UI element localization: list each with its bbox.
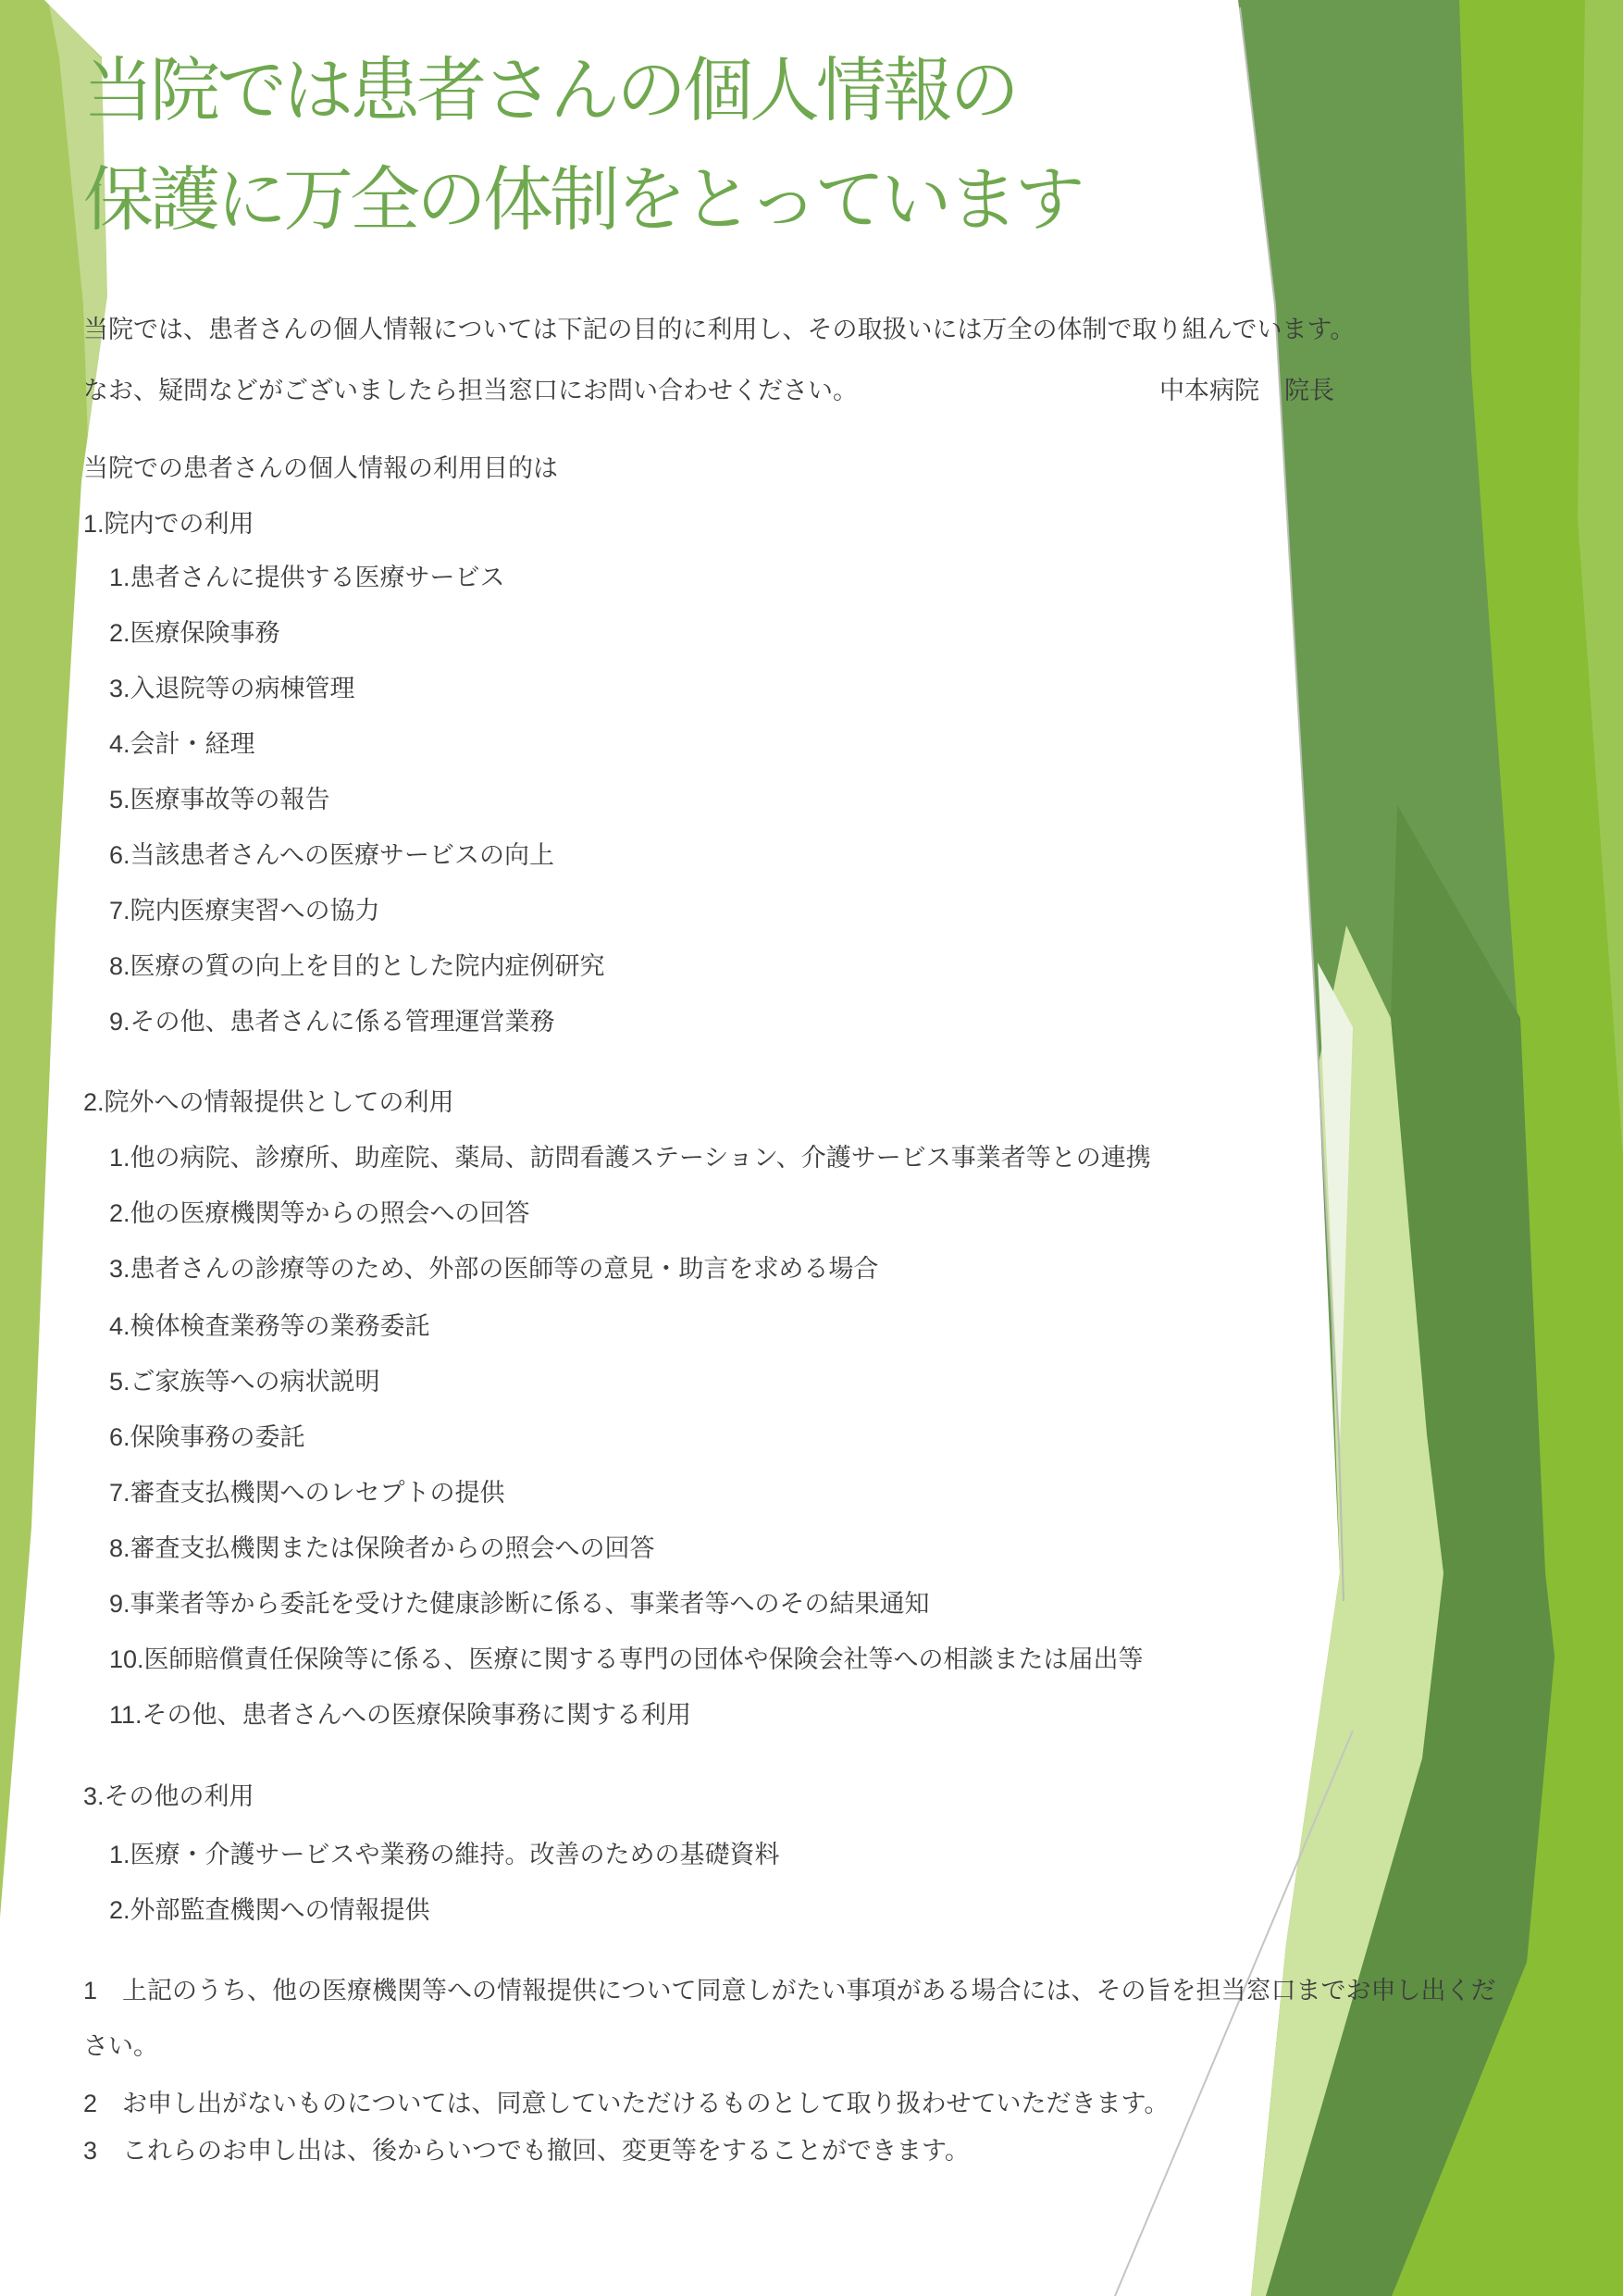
list-item: 3.患者さんの診療等のため、外部の医師等の意見・助言を求める場合 (109, 1253, 878, 1285)
list-item: 7.院内医療実習への協力 (109, 895, 380, 926)
note-line: 3 これらのお申し出は、後からいつでも撤回、変更等をすることができます。 (83, 2135, 970, 2166)
signature: 中本病院 院長 (1159, 375, 1334, 406)
list-item: 2.医療保険事務 (109, 617, 280, 649)
list-item: 7.審査支払機関へのレセプトの提供 (109, 1477, 505, 1508)
list-item: 9.事業者等から委託を受けた健康診断に係る、事業者等へのその結果通知 (109, 1588, 930, 1620)
list-item: 2.他の医療機関等からの照会への回答 (109, 1198, 530, 1229)
list-item: 8.審査支払機関または保険者からの照会への回答 (109, 1533, 655, 1564)
note-line: さい。 (83, 2030, 158, 2062)
section-2-heading: 2.院外への情報提供としての利用 (83, 1086, 454, 1118)
list-item: 10.医師賠償責任保険等に係る、医療に関する専門の団体や保険会社等への相談または… (109, 1644, 1144, 1675)
list-item: 4.検体検査業務等の業務委託 (109, 1310, 430, 1342)
section-3-heading: 3.その他の利用 (83, 1781, 254, 1812)
list-item: 9.その他、患者さんに係る管理運営業務 (109, 1006, 555, 1037)
note-line: 2 お申し出がないものについては、同意していただけるものとして取り扱わせていただ… (83, 2088, 1169, 2119)
list-item: 5.医療事故等の報告 (109, 784, 330, 815)
list-item: 6.当該患者さんへの医療サービスの向上 (109, 839, 554, 871)
list-item: 2.外部監査機関への情報提供 (109, 1894, 430, 1926)
note-line: 1 上記のうち、他の医療機関等への情報提供について同意しがたい事項がある場合には… (83, 1975, 1495, 2006)
list-item: 6.保険事務の委託 (109, 1421, 305, 1453)
title-line-1: 当院では患者さんの個人情報の (83, 37, 1081, 146)
list-item: 4.会計・経理 (109, 728, 255, 760)
list-item: 1.患者さんに提供する医療サービス (109, 562, 505, 593)
page-title: 当院では患者さんの個人情報の 保護に万全の体制をとっています (83, 37, 1081, 255)
list-item: 5.ご家族等への病状説明 (109, 1366, 380, 1397)
title-line-2: 保護に万全の体制をとっています (83, 146, 1081, 255)
intro-line-2: なお、疑問などがございましたら担当窓口にお問い合わせください。 (83, 375, 858, 406)
list-item: 3.入退院等の病棟管理 (109, 673, 355, 704)
purpose-heading: 当院での患者さんの個人情報の利用目的は (83, 453, 558, 484)
list-item: 8.医療の質の向上を目的とした院内症例研究 (109, 950, 605, 982)
list-item: 1.他の病院、診療所、助産院、薬局、訪問看護ステーション、介護サービス事業者等と… (109, 1142, 1151, 1173)
list-item: 11.その他、患者さんへの医療保険事務に関する利用 (109, 1699, 691, 1731)
intro-line-1: 当院では、患者さんの個人情報については下記の目的に利用し、その取扱いには万全の体… (83, 314, 1355, 345)
list-item: 1.医療・介護サービスや業務の維持。改善のための基礎資料 (109, 1839, 780, 1870)
document-page: 当院では患者さんの個人情報の 保護に万全の体制をとっています 当院では、患者さん… (0, 0, 1623, 2296)
left-accent-shape (0, 0, 108, 1917)
section-1-heading: 1.院内での利用 (83, 508, 254, 540)
